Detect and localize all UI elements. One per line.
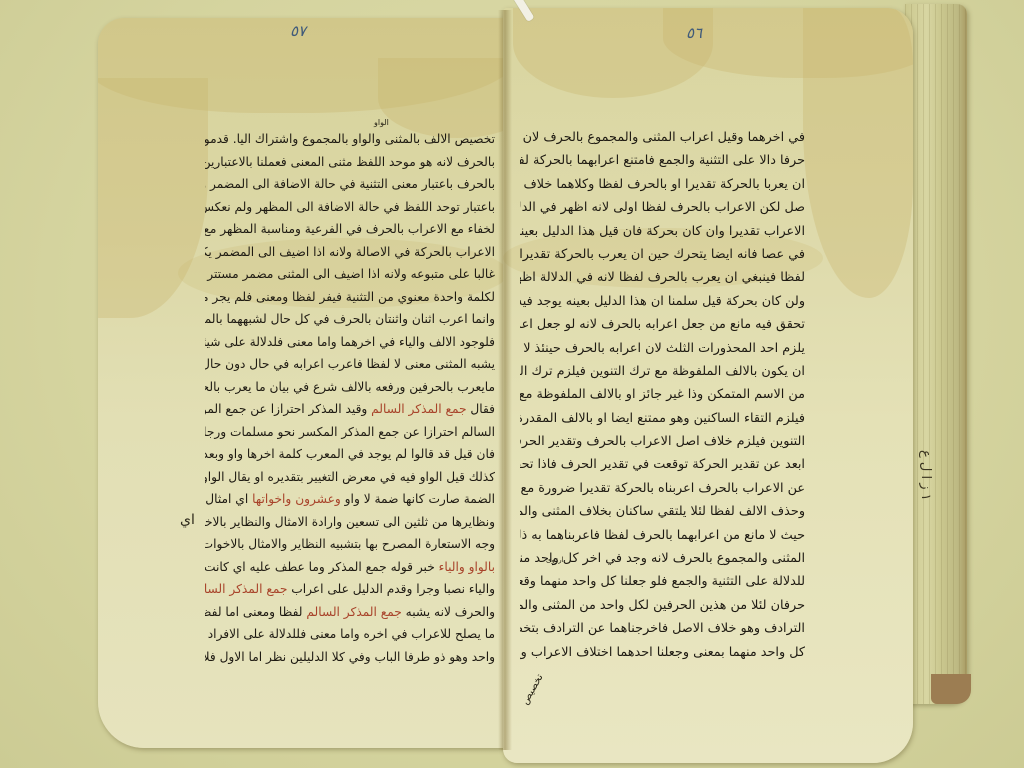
rubric-text: بالواو والياء [439,560,495,574]
text-line: مايعرب بالحرفين ورفعه بالالف شرع في بيان… [205,376,495,399]
text-line: ان يكون بالالف الملفوظة مع ترك التنوين ف… [520,360,805,383]
text-line: كل واحد منهما بمعنى وجعلنا احدهما اختلاف… [520,641,805,664]
rubric-text: جمع المذكر السالم [371,402,466,416]
text-line: الاعراب تقديرا وان كان بحركة فان قيل هذا… [520,220,805,243]
book-block-edge [905,4,967,704]
text-line: لفظا فينبغي ان يعرب بالحرف لفظا لانه في … [520,266,805,289]
text-line: للدلالة على التثنية والجمع فلو جعلنا كل … [520,570,805,593]
text-line: ابعد عن تقدير الحركة توقعت في تقدير الحر… [520,453,805,476]
text-line: واحد وهو ذو طرفا الباب وفي كلا الدليلين … [205,646,495,669]
text-line: صل لكن الاعراب بالحرف لفظا اولى لانه اظه… [520,196,805,219]
text-line: التنوين فيلزم خلاف اصل الاعراب بالحرف وت… [520,430,805,453]
text-line: في اخرهما وقيل اعراب المثنى والمجموع بال… [520,126,805,149]
text-line: باعتبار توحد اللفظ في حالة الاضافة الى ا… [205,196,495,219]
text-line: يشبه المثنى معنى لا لفظا فاعرب اعرابه في… [205,353,495,376]
text-line: حرفان لئلا من هذين الحرفين لكل واحد من ا… [520,594,805,617]
interlinear-note: ارزوی [546,556,564,564]
text-line: وحذف الالف لفظا لئلا يلتقي ساكنان بخلاف … [520,500,805,523]
interlinear-note: الواو [374,118,389,127]
text-line: فان قيل قد قالوا لم يوجد في المعرب كلمة … [205,443,495,466]
text-line: بالحرف باعتبار معنى التثنية في حالة الاض… [205,173,495,196]
rubric-text: وعشرون واخواتها [252,492,341,506]
text-line: عن الاعراب بالحرف اعربناه بالحركة تقديرا… [520,477,805,500]
text-line: في عصا فانه ايضا يتحرك حين ان يعرب بالحر… [520,243,805,266]
text-line: حيث لا مانع من اعرابهما بالحرف لفظا فاعر… [520,524,805,547]
text-line: كذلك قيل الواو فيه في معرض التغيير بتقدي… [205,466,495,489]
text-line: لخفاء مع الاعراب بالحرف في الفرعية ومناس… [205,218,495,241]
text-line-rubric: بالواو والياء خبر قوله جمع المذكر وما عط… [205,556,495,579]
folio-number-left: ٥٧ [290,22,306,40]
text-line: فلوجود الالف والياء في اخرهما واما معنى … [205,331,495,354]
text-line: ما يصلح للاعراب في اخره واما معنى فللدلا… [205,623,495,646]
text-line: الترادف وهو خلاف الاصل فاخرجناهما عن الت… [520,617,805,640]
right-page-text: في اخرهما وقيل اعراب المثنى والمجموع بال… [520,126,805,664]
text-line: يلزم احد المحذورات الثلث لان اعرابه بالح… [520,337,805,360]
folio-number-right: ٥٦ [686,24,702,42]
text-line: من الاسم المتمكن وذا غير جائز او بالالف … [520,383,805,406]
text-line: والحرف لانه يشبه جمع المذكر السالم لفظا … [205,601,495,624]
rubric-text: جمع المذكر السالم [306,605,401,619]
text-line: ونظايرها من ثلثين الى تسعين وارادة الامث… [205,511,495,534]
text-line: تحقق فيه مانع من جعل اعرابه بالحرف لانه … [520,313,805,336]
text-line: لكلمة واحدة معنوي من التثنية فيفر لفظا و… [205,286,495,309]
text-line-rubric: الضمة صارت كانها ضمة لا واو وعشرون واخوا… [205,488,495,511]
text-line: وانما اعرب اثنان واثنتان بالحرف في كل حا… [205,308,495,331]
text-line-rubric: فقال جمع المذكر السالم وقيد المذكر احترا… [205,398,495,421]
text-line: حرفا دالا على التثنية والجمع فامتنع اعرا… [520,149,805,172]
book-gutter [498,10,512,750]
water-stain [378,58,510,138]
text-line: السالم احترازا عن جمع المذكر المكسر نحو … [205,421,495,444]
page-edges [905,4,967,704]
edge-annotation: ١ ز ا ل ع [918,450,933,501]
text-line: تخصيص الالف بالمثنى والواو بالمجموع واشت… [205,128,495,151]
text-line: وجه الاستعارة المصرح بها بتشبيه النظاير … [205,533,495,556]
text-line: والياء نصبا وجرا وقدم الدليل على اعراب ج… [205,578,495,601]
margin-note: اي [180,512,195,528]
text-line: فيلزم التقاء الساكنين وهو ممتنع ايضا او … [520,407,805,430]
text-line: الاعراب بالحركة في الاصالة ولانه اذا اضي… [205,241,495,264]
left-page-text: تخصيص الالف بالمثنى والواو بالمجموع واشت… [205,128,495,668]
text-line: غالبا على متبوعه ولانه اذا اضيف الى المث… [205,263,495,286]
rubric-text: جمع المذكر السالم [205,582,287,596]
binding-cover-corner [931,674,971,704]
text-line: ولن كان بحركة قيل سلمنا ان هذا الدليل بع… [520,290,805,313]
text-line: بالحرف لانه هو موحد اللفظ مثنى المعنى فع… [205,151,495,174]
text-line: ان يعربا بالحركة تقديرا او بالحرف لفظا و… [520,173,805,196]
